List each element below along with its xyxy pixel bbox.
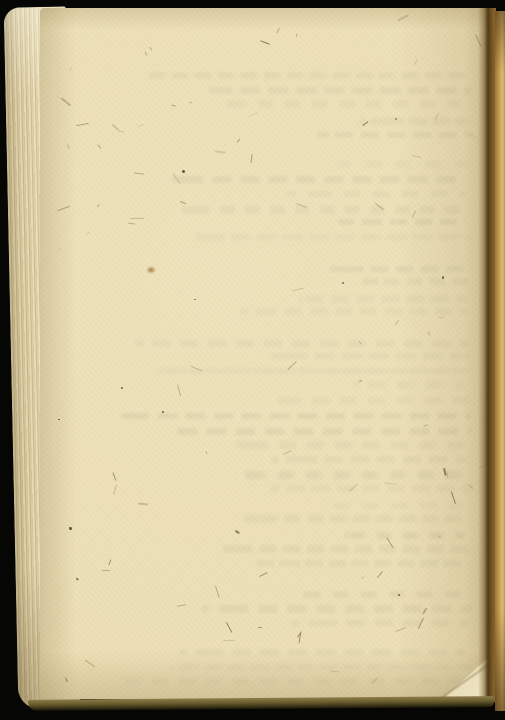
- paper-fiber: [172, 172, 181, 183]
- paper-fiber: [87, 231, 90, 234]
- paper-fiber: [177, 604, 186, 607]
- paper-fiber: [112, 124, 119, 131]
- paper-fiber: [469, 484, 474, 489]
- paper-fiber: [237, 138, 241, 143]
- paper-fiber: [113, 484, 117, 494]
- paper-fiber: [372, 677, 378, 683]
- paper-fiber: [69, 67, 72, 72]
- paper-fiber: [450, 491, 455, 503]
- paper-fiber: [128, 222, 135, 224]
- paper-fiber: [283, 451, 291, 456]
- paper-fiber: [415, 60, 418, 65]
- paper-fiber: [130, 218, 144, 219]
- paper-fiber: [98, 145, 102, 149]
- paper-fiber: [177, 385, 181, 397]
- paper-fiber: [113, 473, 117, 482]
- book-page: [40, 8, 490, 699]
- paper-fiber: [287, 361, 297, 370]
- paper-fiber: [427, 331, 430, 335]
- paper-fiber: [260, 40, 270, 44]
- paper-fiber: [76, 123, 89, 126]
- paper-speck-dot: [398, 594, 400, 596]
- paper-fiber: [359, 379, 363, 381]
- paper-fiber: [215, 586, 220, 598]
- paper-speck-dot: [194, 299, 196, 301]
- paper-speck-dot: [395, 118, 397, 120]
- paper-fiber: [65, 677, 68, 682]
- paper-fiber: [118, 130, 125, 132]
- paper-fiber: [206, 451, 208, 454]
- paper-speck-dot: [58, 419, 60, 421]
- stain-spot: [146, 266, 156, 274]
- paper-fiber: [446, 471, 448, 478]
- adjacent-page-sliver: [495, 11, 505, 711]
- paper-fiber: [397, 14, 408, 21]
- paper-fiber: [331, 670, 340, 672]
- paper-speck-dot: [442, 276, 445, 279]
- paper-specks: [40, 8, 490, 699]
- paper-fiber: [411, 211, 415, 218]
- paper-fiber: [383, 482, 396, 484]
- paper-fiber: [223, 640, 235, 641]
- paper-fiber: [235, 530, 240, 534]
- paper-fiber: [251, 153, 253, 162]
- paper-fiber: [134, 173, 144, 175]
- book-scan: [0, 0, 505, 720]
- paper-speck-dot: [162, 411, 164, 413]
- paper-fiber: [101, 570, 109, 571]
- paper-speck-dot: [69, 527, 72, 530]
- paper-fiber: [189, 101, 192, 103]
- paper-fiber: [292, 288, 304, 292]
- paper-speck-dot: [182, 170, 185, 173]
- paper-fiber: [260, 572, 269, 577]
- paper-fiber: [438, 316, 444, 318]
- paper-fiber: [375, 203, 384, 211]
- paper-fiber: [363, 121, 369, 126]
- paper-fiber: [359, 341, 362, 345]
- paper-fiber: [386, 537, 393, 547]
- paper-fiber: [138, 502, 148, 505]
- paper-fiber: [225, 622, 232, 633]
- paper-speck-dot: [121, 387, 123, 389]
- paper-fiber: [97, 204, 100, 207]
- page-bottom-edge: [28, 696, 494, 711]
- paper-fiber: [108, 560, 111, 566]
- paper-fiber: [438, 535, 441, 537]
- paper-fiber: [67, 144, 70, 149]
- paper-fiber: [296, 33, 298, 36]
- paper-fiber: [395, 627, 406, 632]
- paper-fiber: [418, 618, 424, 629]
- paper-fiber: [75, 577, 78, 580]
- paper-fiber: [422, 607, 427, 614]
- paper-fiber: [215, 150, 226, 153]
- gutter-shadow: [478, 8, 496, 702]
- paper-fiber: [435, 112, 439, 120]
- paper-fiber: [258, 626, 262, 627]
- paper-fiber: [377, 571, 383, 578]
- paper-fiber: [349, 484, 358, 492]
- paper-fiber: [61, 97, 71, 106]
- paper-fiber: [277, 27, 281, 33]
- paper-fiber: [412, 155, 421, 157]
- paper-fiber: [297, 203, 308, 208]
- paper-fiber: [361, 576, 365, 579]
- paper-speck-dot: [342, 282, 344, 284]
- paper-fiber: [249, 112, 259, 118]
- paper-fiber: [423, 425, 428, 428]
- paper-fiber: [171, 104, 176, 106]
- paper-fiber: [137, 124, 144, 127]
- paper-fiber: [191, 366, 203, 372]
- paper-fiber: [85, 660, 96, 667]
- paper-fiber: [395, 319, 399, 324]
- paper-fiber: [180, 201, 186, 204]
- paper-fiber: [57, 206, 70, 212]
- paper-fiber: [149, 47, 152, 50]
- paper-fiber: [58, 248, 60, 251]
- paper-fiber: [145, 51, 147, 55]
- paper-fiber: [443, 468, 446, 476]
